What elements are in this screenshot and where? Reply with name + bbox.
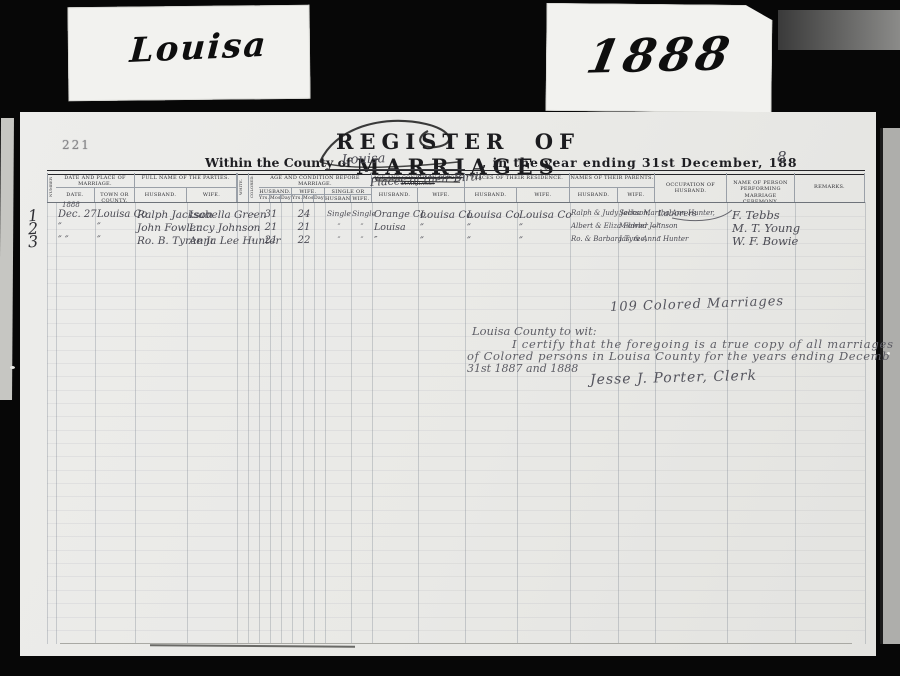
- row1-date: Dec. 27: [58, 210, 97, 220]
- col-header-birth-wife: WIFE.: [418, 188, 465, 202]
- ruled-line: [47, 430, 865, 431]
- subtitle-prefix: Within the County of: [205, 155, 351, 170]
- certification-line-4: 31st 1887 and 1888: [467, 363, 578, 374]
- county-label-text: Louisa: [129, 25, 269, 71]
- page-number-stamp: 221: [62, 138, 91, 152]
- column-line: [187, 202, 188, 644]
- column-line: [314, 202, 315, 644]
- column-line: [325, 202, 326, 644]
- col-group-age-condition: AGE AND CONDITION BEFORE MARRIAGE.: [259, 173, 372, 188]
- subtitle-suffix: , in the year ending 31st December, 188: [482, 155, 797, 170]
- col-header-birth-husband: HUSBAND.: [372, 188, 418, 202]
- ruled-line: [47, 390, 865, 391]
- column-line: [351, 202, 352, 644]
- row2-birth_h: Louisa: [374, 223, 406, 233]
- col-group-single-widowed: SINGLE OR WIDOWED.: [325, 188, 372, 195]
- adjacent-page-edge: [880, 128, 900, 644]
- col-header-res-husband: HUSBAND.: [465, 188, 517, 202]
- row3-res_w: ″: [519, 236, 523, 247]
- col-header-parents-husband: HUSBAND.: [570, 188, 618, 202]
- column-line: [303, 202, 304, 644]
- col-header-parents-wife: WIFE.: [618, 188, 655, 202]
- row1-year: 1888: [62, 202, 80, 209]
- column-line: [570, 202, 571, 644]
- year-digit-handwritten: 8: [777, 150, 787, 165]
- col-group-parents: NAMES OF THEIR PARENTS.: [570, 173, 655, 188]
- col-header-res-wife: WIFE.: [517, 188, 570, 202]
- row1-res_w: Louisa Co: [519, 210, 572, 221]
- col-header-colored: COLORED.: [248, 173, 259, 202]
- row3-county: ″: [97, 236, 101, 246]
- row2-single_h: ″: [326, 223, 352, 231]
- ruled-line: [47, 617, 865, 618]
- year-label-card: 1888: [545, 3, 772, 113]
- col-header-date: DATE.: [56, 188, 95, 202]
- ruled-line: [47, 470, 865, 471]
- column-line: [281, 202, 282, 644]
- column-line: [270, 202, 271, 644]
- row2-minister: M. T. Young: [732, 223, 800, 235]
- row3-colored_mark: -: [247, 236, 259, 246]
- col-header-sow-husband: HUSBAND.: [325, 195, 351, 202]
- row1-res_h: Louisa Co: [467, 210, 520, 221]
- col-header-yrs: Yrs.: [259, 195, 270, 202]
- col-header-mos: Mos.: [270, 195, 281, 202]
- county-label-card: Louisa: [68, 5, 311, 102]
- ruled-line: [47, 536, 865, 537]
- ruled-line: [47, 443, 865, 444]
- row3-res_h: ″: [467, 236, 471, 247]
- column-line: [372, 202, 373, 644]
- column-line: [655, 202, 656, 644]
- row3-birth_w: ″: [420, 236, 424, 247]
- col-header-age-wife: WIFE.: [292, 188, 325, 195]
- row1-occupation: Laborers: [658, 210, 697, 219]
- col-group-residence: PLACES OF THEIR RESIDENCE.: [465, 173, 570, 188]
- column-line: [237, 202, 238, 644]
- col-group-full-name: FULL NAME OF THE PARTIES.: [135, 173, 237, 188]
- col-header-days: Days.: [281, 195, 292, 202]
- col-header-wife-name: WIFE.: [187, 188, 237, 202]
- county-handwritten: Louisa: [342, 152, 386, 167]
- col-header-minister: NAME OF PERSON PERFORMING MARRIAGE CEREM…: [727, 173, 795, 202]
- row2-w_yrs: 21: [292, 223, 316, 233]
- column-line: [248, 202, 249, 644]
- row2-res_w: ″: [519, 223, 523, 234]
- page-bottom-shadow: [150, 644, 355, 647]
- ruled-line: [47, 603, 865, 604]
- row1-h_yrs: 31: [259, 210, 283, 220]
- column-line: [47, 202, 48, 644]
- year-label-text: 1888: [582, 26, 737, 83]
- background-gray-patch: [778, 10, 900, 50]
- column-line: [727, 202, 728, 644]
- row2-date: ″: [58, 223, 62, 233]
- column-line: [292, 202, 293, 644]
- row3-h_yrs: 21: [259, 236, 283, 246]
- certification-line-1: Louisa County to wit:: [472, 326, 597, 338]
- ruled-line: [47, 416, 865, 417]
- row3-single_h: ″: [326, 236, 352, 244]
- column-line: [135, 202, 136, 644]
- row1-birth_h: Orange Co: [374, 210, 426, 220]
- row2-res_h: ″: [467, 223, 471, 234]
- row1-single_w: Single: [352, 210, 372, 218]
- ruled-line: [47, 563, 865, 564]
- row3-num: 3: [27, 234, 38, 251]
- ruled-line: [47, 510, 865, 511]
- col-group-date-place: DATE AND PLACE OF MARRIAGE.: [56, 173, 135, 188]
- column-line: [517, 202, 518, 644]
- scanned-register-photo: { "cards": { "county": "Louisa", "year":…: [0, 0, 900, 676]
- table-header-bottom-rule: [47, 202, 865, 203]
- row3-occupation: ″: [658, 236, 661, 245]
- column-line: [465, 202, 466, 644]
- row3-parents_w: Jas. & Anna Hunter: [619, 236, 688, 243]
- row1-colored_mark: -: [247, 210, 259, 220]
- col-header-mos: Mos.: [303, 195, 314, 202]
- column-line: [865, 202, 866, 644]
- row2-occupation: ″: [658, 223, 661, 232]
- ruled-line: [47, 590, 865, 591]
- ruled-line: [47, 496, 865, 497]
- certification-line-3: of Colored persons in Louisa County for …: [467, 351, 890, 363]
- ruled-line: [47, 523, 865, 524]
- col-header-occupation: OCCUPATION OF HUSBAND.: [655, 173, 727, 202]
- col-header-age-husband: HUSBAND.: [259, 188, 292, 195]
- row2-county: ″: [97, 223, 101, 233]
- column-line: [95, 202, 96, 644]
- row3-w_yrs: 22: [292, 236, 316, 246]
- row3-date: ″ ″: [58, 236, 69, 246]
- ruled-line: [47, 283, 865, 284]
- col-header-sow-wife: WIFE.: [351, 195, 372, 202]
- row3-minister: W. F. Bowie: [732, 236, 798, 248]
- col-header-remarks: REMARKS.: [795, 173, 865, 202]
- adjacent-page-sliver: [0, 118, 14, 400]
- dust-speck: [10, 366, 15, 369]
- col-header-yrs: Yrs.: [292, 195, 303, 202]
- row2-h_yrs: 21: [259, 223, 283, 233]
- total-marriages-note: 109 Colored Marriages: [610, 295, 785, 314]
- row1-w_yrs: 24: [292, 210, 316, 220]
- col-header-white: WHITE.: [237, 173, 248, 202]
- column-line: [259, 202, 260, 644]
- row2-parents_w: Mildred Johnson: [619, 223, 678, 230]
- clerk-signature: Jesse J. Porter, Clerk: [590, 369, 757, 387]
- row2-birth_w: ″: [420, 223, 424, 234]
- row1-minister: F. Tebbs: [732, 210, 780, 222]
- col-header-number: NUMBER: [47, 173, 56, 202]
- col-header-husband-name: HUSBAND.: [135, 188, 187, 202]
- column-line: [56, 202, 57, 644]
- row2-colored_mark: -: [247, 223, 259, 233]
- column-line: [618, 202, 619, 644]
- row1-single_h: Single: [326, 210, 352, 218]
- ruled-line: [47, 456, 865, 457]
- column-line: [418, 202, 419, 644]
- column-line: [795, 202, 796, 644]
- ruled-line: [47, 256, 865, 257]
- row1-birth_w: Louisa Co: [420, 210, 473, 221]
- ruled-line: [47, 403, 865, 404]
- ruled-line: [47, 550, 865, 551]
- col-header-days: Days.: [314, 195, 325, 202]
- ruled-line: [47, 483, 865, 484]
- ruled-line: [47, 269, 865, 270]
- ruled-line: [47, 323, 865, 324]
- row3-single_w: ″: [352, 236, 372, 244]
- col-header-town-county: TOWN OR COUNTY.: [95, 188, 135, 202]
- ruled-line: [47, 576, 865, 577]
- ruled-line: [47, 630, 865, 631]
- row3-birth_h: ″: [374, 236, 378, 246]
- register-page: 221 REGISTER OF MARRIAGES Within the Cou…: [20, 112, 876, 656]
- row2-single_w: ″: [352, 223, 372, 231]
